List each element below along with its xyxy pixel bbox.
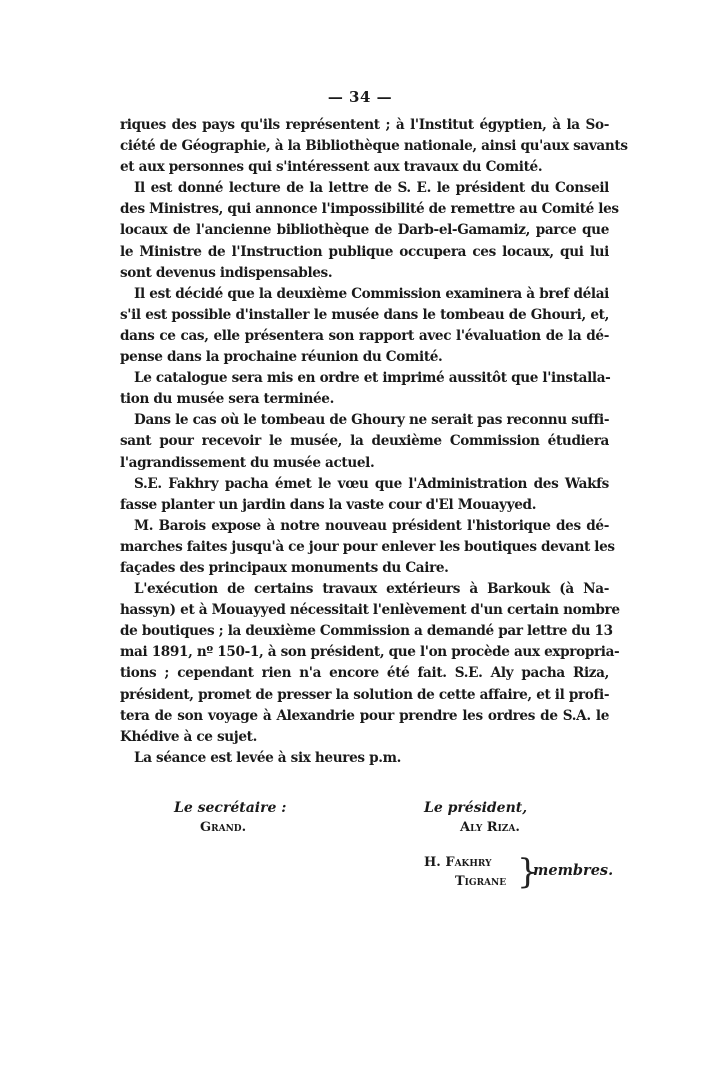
text-line: président, promet de presser la solution… bbox=[120, 685, 609, 706]
text-line: S.E. Fakhry pacha émet le vœu que l'Admi… bbox=[120, 474, 609, 495]
text-line: tera de son voyage à Alexandrie pour pre… bbox=[120, 706, 609, 727]
text-line: tions ; cependant rien n'a encore été fa… bbox=[120, 663, 609, 684]
body-text: riques des pays qu'ils représentent ; à … bbox=[120, 115, 609, 769]
president-role: Le président, bbox=[424, 800, 527, 816]
member-1-name: H. Fakhry bbox=[424, 855, 492, 870]
signature-block: Le secrétaire : Grand. Le président, Aly… bbox=[0, 800, 720, 900]
page-number: — 34 — bbox=[0, 88, 720, 106]
text-line: façades des principaux monuments du Cair… bbox=[120, 558, 609, 579]
text-line: M. Barois expose à notre nouveau préside… bbox=[120, 516, 609, 537]
text-line: Dans le cas où le tombeau de Ghoury ne s… bbox=[120, 410, 609, 431]
text-line: des Ministres, qui annonce l'impossibili… bbox=[120, 199, 609, 220]
text-line: pense dans la prochaine réunion du Comit… bbox=[120, 347, 609, 368]
text-line: de boutiques ; la deuxième Commission a … bbox=[120, 621, 609, 642]
text-line: sont devenus indispensables. bbox=[120, 263, 609, 284]
text-line: et aux personnes qui s'intéressent aux t… bbox=[120, 157, 609, 178]
secretary-role: Le secrétaire : bbox=[174, 800, 286, 816]
text-line: L'exécution de certains travaux extérieu… bbox=[120, 579, 609, 600]
text-line: dans ce cas, elle présentera son rapport… bbox=[120, 326, 609, 347]
president-name: Aly Riza. bbox=[460, 820, 520, 835]
text-line: tion du musée sera terminée. bbox=[120, 389, 609, 410]
text-line: Khédive à ce sujet. bbox=[120, 727, 609, 748]
member-tigrane: Tigrane bbox=[455, 874, 506, 889]
text-line: fasse planter un jardin dans la vaste co… bbox=[120, 495, 609, 516]
text-line: l'agrandissement du musée actuel. bbox=[120, 453, 609, 474]
members-label: membres. bbox=[533, 862, 613, 879]
secretary-name: Grand. bbox=[200, 820, 246, 835]
text-line: riques des pays qu'ils représentent ; à … bbox=[120, 115, 609, 136]
text-line: Il est donné lecture de la lettre de S. … bbox=[120, 178, 609, 199]
text-line: locaux de l'ancienne bibliothèque de Dar… bbox=[120, 220, 609, 241]
text-line: Le catalogue sera mis en ordre et imprim… bbox=[120, 368, 609, 389]
text-line: La séance est levée à six heures p.m. bbox=[120, 748, 609, 769]
text-line: Il est décidé que la deuxième Commission… bbox=[120, 284, 609, 305]
text-line: marches faites jusqu'à ce jour pour enle… bbox=[120, 537, 609, 558]
member-fakhry: H. Fakhry bbox=[424, 855, 492, 870]
text-line: s'il est possible d'installer le musée d… bbox=[120, 305, 609, 326]
text-line: mai 1891, nº 150-1, à son président, que… bbox=[120, 642, 609, 663]
text-line: ciété de Géographie, à la Bibliothèque n… bbox=[120, 136, 609, 157]
text-line: sant pour recevoir le musée, la deuxième… bbox=[120, 431, 609, 452]
text-line: le Ministre de l'Instruction publique oc… bbox=[120, 242, 609, 263]
text-line: hassyn) et à Mouayyed nécessitait l'enlè… bbox=[120, 600, 609, 621]
